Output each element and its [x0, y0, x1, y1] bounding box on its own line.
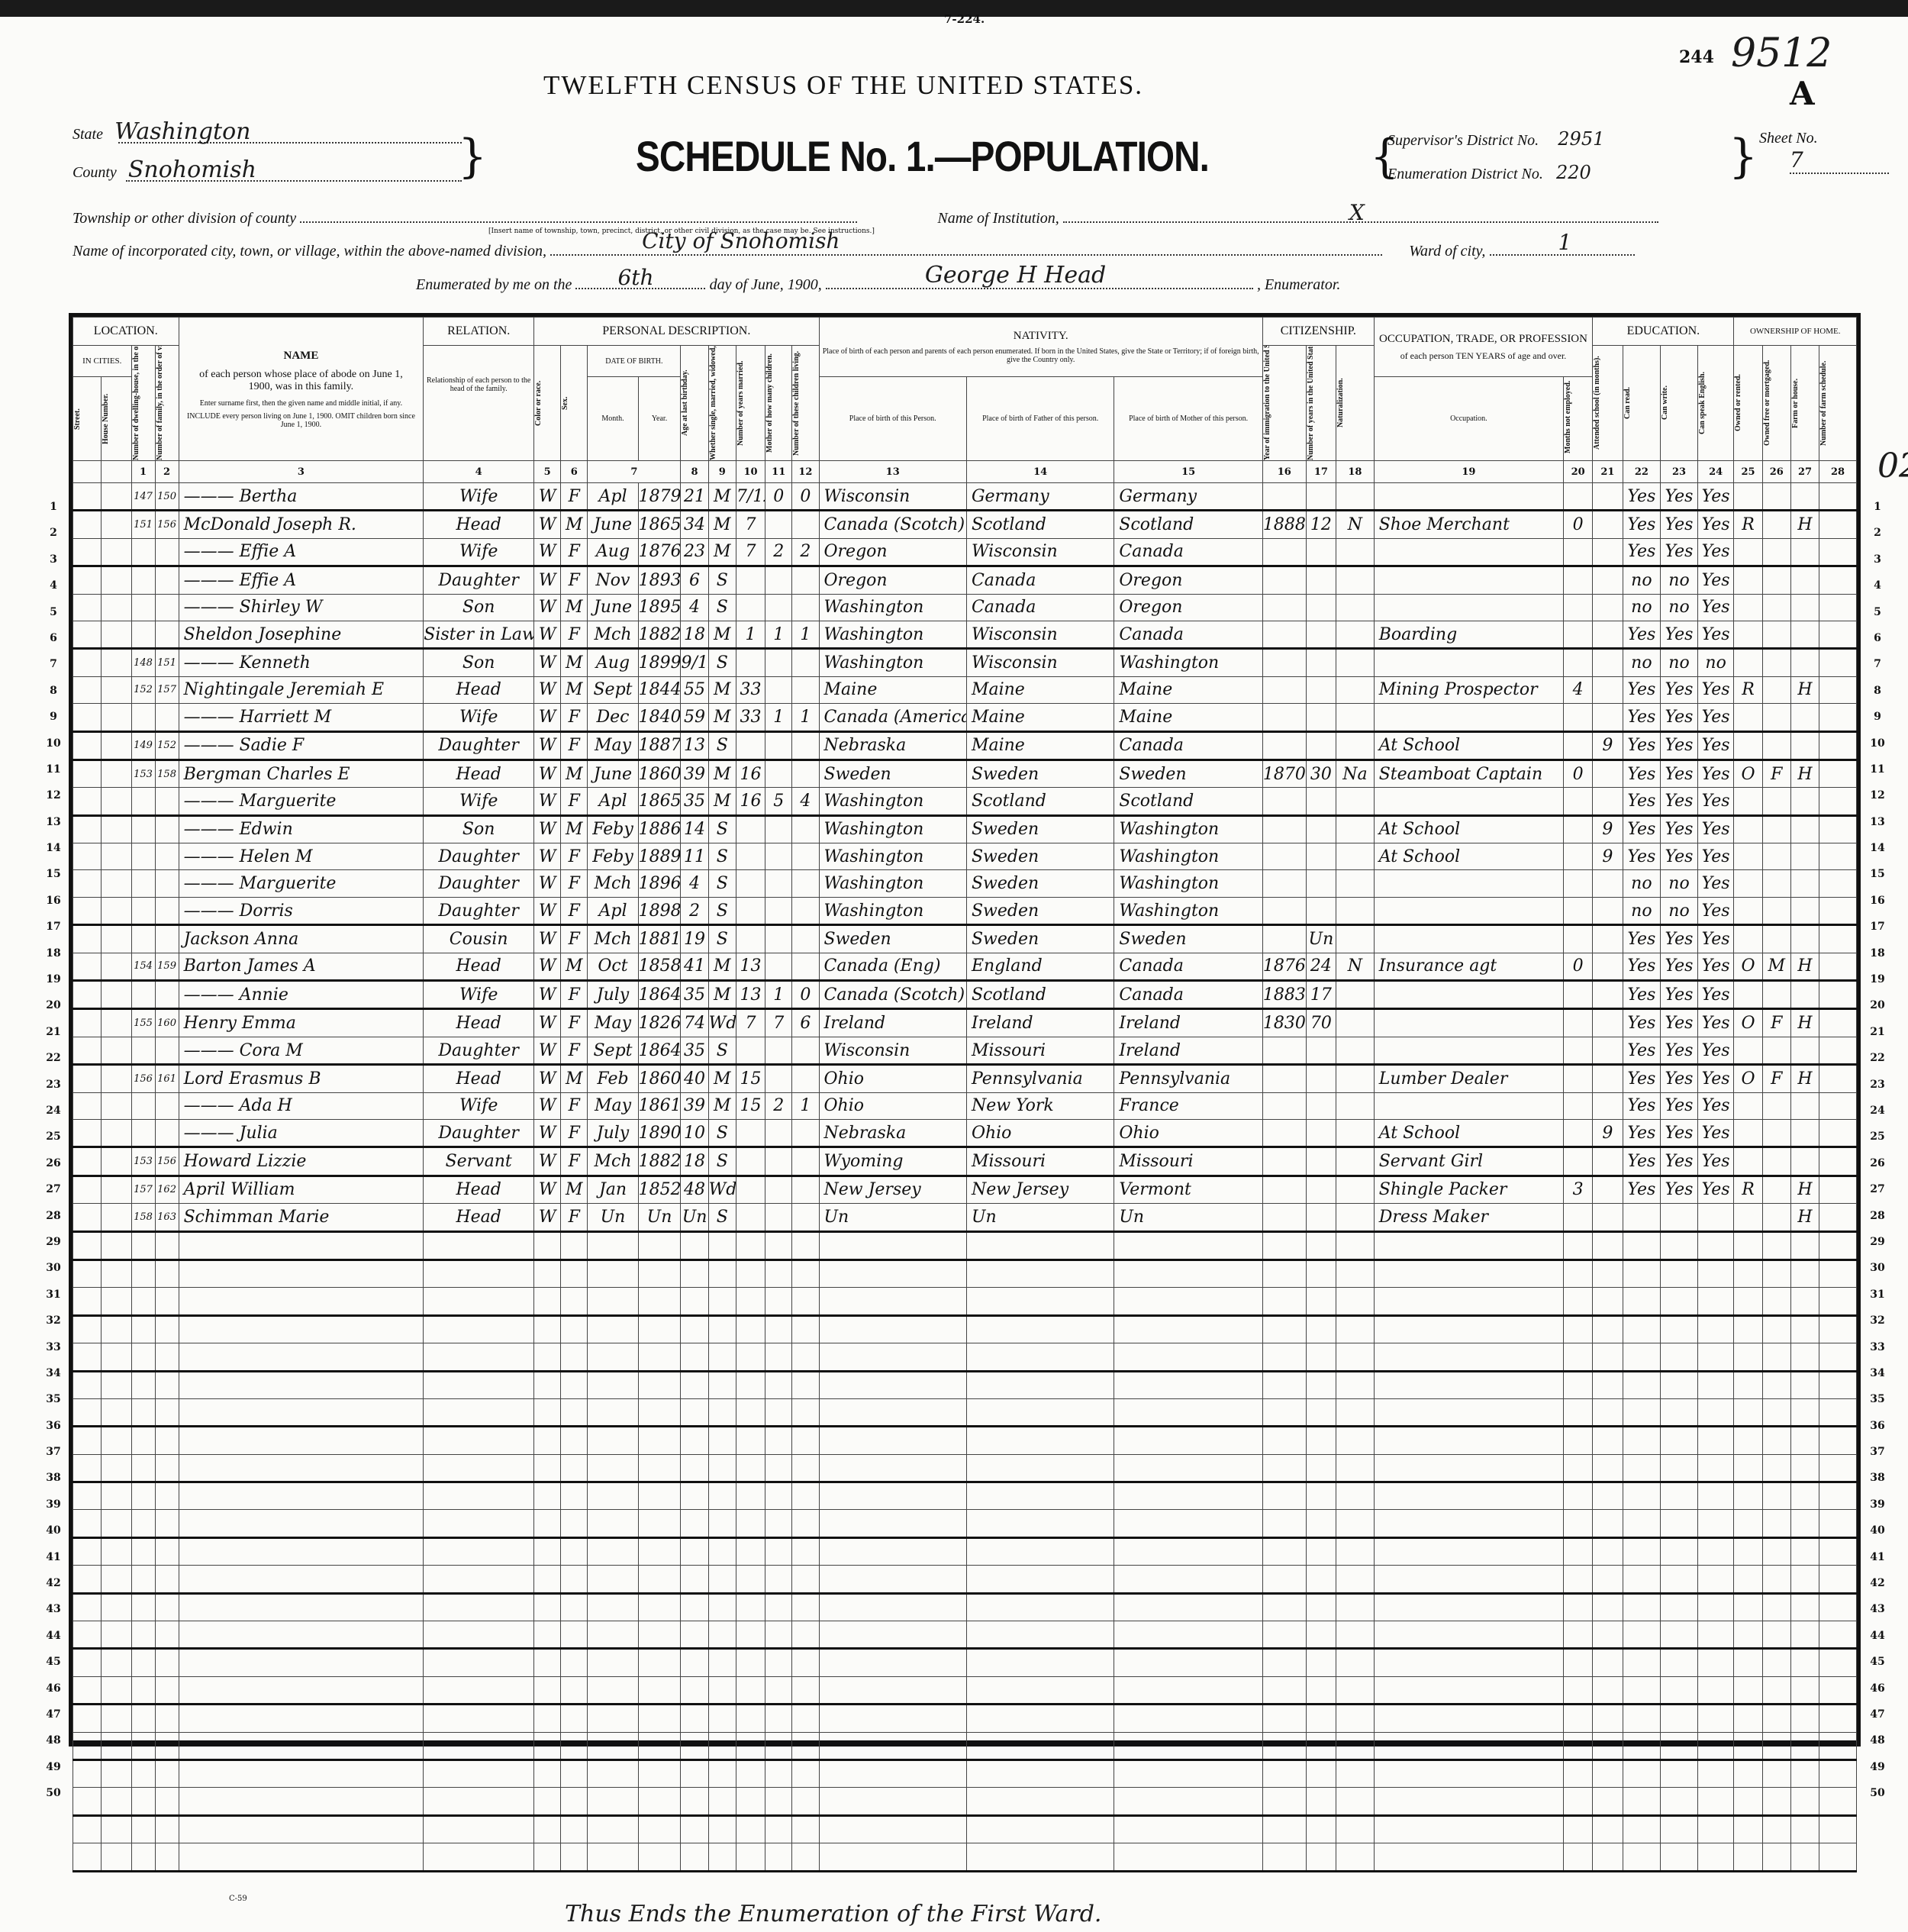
cell-sex: F — [561, 483, 588, 511]
cell-race — [534, 1705, 561, 1732]
cell-dwelling-number — [131, 1231, 155, 1260]
cell-birthplace: New Jersey — [819, 1176, 966, 1203]
cell-person-name: Barton James A — [179, 953, 424, 980]
group-personal-description: PERSONAL DESCRIPTION. — [534, 318, 819, 346]
cell-person-name: ——— Shirley W — [179, 594, 424, 621]
cell-person-name — [179, 1676, 424, 1704]
cell-relation — [424, 1454, 534, 1482]
cell-immigration-year: 1883 — [1262, 981, 1306, 1009]
cell-mother-birthplace — [1114, 1815, 1263, 1843]
empty-table-row — [73, 1454, 1857, 1482]
cell-birthplace: Sweden — [819, 760, 966, 787]
cell-birth-year: 1844 — [638, 676, 681, 703]
cell-owned-rented — [1734, 1566, 1762, 1593]
cell-birth-month: June — [588, 594, 638, 621]
line-number: 32 — [1862, 1308, 1893, 1334]
col-english-label: Can speak English. — [1698, 346, 1707, 460]
line-number: 20 — [40, 992, 67, 1018]
city-value: City of Snohomish — [642, 228, 840, 253]
cell-years-married — [736, 815, 765, 843]
cell-years-married — [736, 594, 765, 621]
line-number: 48 — [1862, 1727, 1893, 1753]
table-row: Jackson AnnaCousinWFMch188119SSwedenSwed… — [73, 925, 1857, 953]
cell-speaks-english: no — [1697, 649, 1734, 676]
cell-age: 35 — [681, 981, 708, 1009]
cell-relation: Wife — [424, 483, 534, 511]
cell-birth-month: Mch — [588, 870, 638, 897]
cell-sex: F — [561, 843, 588, 870]
cell-age — [681, 1482, 708, 1510]
cell-marital-status — [708, 1427, 736, 1454]
empty-table-row — [73, 1315, 1857, 1343]
cell-birthplace — [819, 1593, 966, 1621]
cell-marital-status: S — [708, 815, 736, 843]
cell-marital-status: M — [708, 676, 736, 703]
empty-table-row — [73, 1676, 1857, 1704]
cell-months-unemployed — [1563, 1482, 1592, 1510]
col-owned-label: Owned or rented. — [1734, 346, 1742, 460]
cell-dwelling-number — [131, 1676, 155, 1704]
cell-months-unemployed — [1563, 566, 1592, 594]
cell-years-married: 33 — [736, 676, 765, 703]
cell-children-born — [765, 925, 792, 953]
cell-farm-schedule — [1819, 621, 1857, 648]
cell-family-number — [155, 566, 179, 594]
cell-speaks-english: Yes — [1697, 621, 1734, 648]
cell-house-number — [102, 981, 131, 1009]
cell-family-number — [155, 1593, 179, 1621]
cell-school-months — [1593, 870, 1623, 897]
cell-children-living — [792, 1482, 819, 1510]
cell-farm-schedule — [1819, 483, 1857, 511]
cell-marital-status: M — [708, 704, 736, 731]
cell-sex — [561, 1621, 588, 1649]
cell-birthplace — [819, 1231, 966, 1260]
cell-street — [73, 1343, 102, 1371]
cell-occupation — [1374, 1398, 1563, 1426]
cell-family-number — [155, 870, 179, 897]
cell-birthplace — [819, 1371, 966, 1398]
cell-family-number: 162 — [155, 1176, 179, 1203]
cell-farm-schedule — [1819, 953, 1857, 980]
cell-months-unemployed — [1563, 788, 1592, 815]
cell-family-number — [155, 1119, 179, 1147]
cell-age: 23 — [681, 538, 708, 566]
cell-immigration-year — [1262, 1037, 1306, 1064]
line-number: 35 — [1862, 1386, 1893, 1412]
cell-immigration-year — [1262, 1147, 1306, 1176]
cell-school-months — [1593, 1566, 1623, 1593]
cell-naturalization — [1336, 1147, 1375, 1176]
cell-years-married: 7/12 — [736, 483, 765, 511]
cell-family-number — [155, 1566, 179, 1593]
cell-birth-year — [638, 1649, 681, 1676]
cell-house-number — [102, 1231, 131, 1260]
cell-birthplace: Canada (American) — [819, 704, 966, 731]
table-row: 153156Howard LizzieServantWFMch188218SWy… — [73, 1147, 1857, 1176]
cell-immigration-year — [1262, 1537, 1306, 1565]
name-description: of each person whose place of abode on J… — [187, 369, 416, 393]
line-number: 49 — [1862, 1754, 1893, 1780]
cell-person-name — [179, 1482, 424, 1510]
cell-years-married: 16 — [736, 788, 765, 815]
cell-children-born: 2 — [765, 1092, 792, 1119]
cell-father-birthplace — [966, 1398, 1114, 1426]
cell-farm-schedule — [1819, 1510, 1857, 1537]
cell-birth-month: Un — [588, 1204, 638, 1231]
cell-father-birthplace — [966, 1371, 1114, 1398]
cell-person-name: ——— Annie — [179, 981, 424, 1009]
form-code: C-59 — [229, 1895, 247, 1903]
cell-free-mortgaged — [1762, 1092, 1790, 1119]
cell-person-name: ——— Kenneth — [179, 649, 424, 676]
col-immigration-label: Year of immigration to the United States… — [1263, 346, 1271, 460]
cell-mother-birthplace: Sweden — [1114, 925, 1263, 953]
cell-speaks-english: Yes — [1697, 897, 1734, 924]
cell-school-months — [1593, 1843, 1623, 1871]
name-heading: NAME — [187, 350, 416, 363]
cell-street — [73, 1371, 102, 1398]
cell-dwelling-number — [131, 1288, 155, 1315]
cell-immigration-year — [1262, 1454, 1306, 1482]
cell-farm-schedule — [1819, 511, 1857, 538]
cell-can-write — [1661, 1231, 1698, 1260]
cell-children-living — [792, 1176, 819, 1203]
cell-children-born — [765, 815, 792, 843]
empty-table-row — [73, 1343, 1857, 1371]
cell-years-in-us — [1306, 1676, 1336, 1704]
cell-age: 6 — [681, 566, 708, 594]
cell-person-name — [179, 1815, 424, 1843]
cell-free-mortgaged: F — [1762, 760, 1790, 787]
cell-farm-house — [1790, 925, 1819, 953]
col-dwelling-label: Number of dwelling-house, in the order o… — [132, 346, 140, 460]
cell-immigration-year — [1262, 1593, 1306, 1621]
cell-naturalization — [1336, 1427, 1375, 1454]
cell-years-married — [736, 1119, 765, 1147]
cell-birth-year — [638, 1843, 681, 1871]
cell-children-living: 4 — [792, 788, 819, 815]
cell-person-name: Nightingale Jeremiah E — [179, 676, 424, 703]
enumerated-row: Enumerated by me on the 6th day of June,… — [416, 276, 1340, 294]
cell-occupation: At School — [1374, 815, 1563, 843]
cell-street — [73, 1788, 102, 1815]
cell-free-mortgaged — [1762, 1676, 1790, 1704]
cell-months-unemployed — [1563, 843, 1592, 870]
cell-street — [73, 731, 102, 760]
line-number: 37 — [1862, 1439, 1893, 1465]
cell-months-unemployed — [1563, 1649, 1592, 1676]
cell-occupation: Mining Prospector — [1374, 676, 1563, 703]
cell-age — [681, 1537, 708, 1565]
line-number: 22 — [40, 1045, 67, 1071]
cell-sex: F — [561, 621, 588, 648]
cell-farm-house — [1790, 1732, 1819, 1759]
cell-relation — [424, 1482, 534, 1510]
cell-mother-birthplace — [1114, 1398, 1263, 1426]
cell-sex — [561, 1843, 588, 1871]
cell-marital-status — [708, 1676, 736, 1704]
cell-house-number — [102, 897, 131, 924]
cell-father-birthplace: Canada — [966, 594, 1114, 621]
cell-can-write: Yes — [1661, 843, 1698, 870]
line-number: 47 — [40, 1701, 67, 1727]
cell-race: W — [534, 870, 561, 897]
line-number: 44 — [40, 1623, 67, 1649]
cell-school-months — [1593, 1231, 1623, 1260]
col-mother-of-label: Mother of how many children. — [765, 346, 774, 460]
cell-race: W — [534, 1092, 561, 1119]
cell-age — [681, 1649, 708, 1676]
cell-farm-schedule — [1819, 649, 1857, 676]
col-occupation-label: Occupation. — [1374, 377, 1563, 461]
cell-children-born: 2 — [765, 538, 792, 566]
cell-years-in-us — [1306, 788, 1336, 815]
cell-sex: M — [561, 1065, 588, 1092]
cell-mother-birthplace: Washington — [1114, 815, 1263, 843]
cell-immigration-year — [1262, 1566, 1306, 1593]
cell-speaks-english — [1697, 1676, 1734, 1704]
cell-birthplace: Washington — [819, 870, 966, 897]
cell-speaks-english: Yes — [1697, 1176, 1734, 1203]
cell-children-living — [792, 870, 819, 897]
sheet-number-field: Sheet No. 7 — [1759, 130, 1889, 174]
cell-father-birthplace — [966, 1705, 1114, 1732]
cell-father-birthplace: Wisconsin — [966, 621, 1114, 648]
cell-family-number — [155, 843, 179, 870]
cell-person-name — [179, 1510, 424, 1537]
cell-sex — [561, 1315, 588, 1343]
line-number: 30 — [40, 1255, 67, 1281]
cell-age — [681, 1371, 708, 1398]
cell-free-mortgaged — [1762, 1593, 1790, 1621]
line-number: 1 — [1862, 494, 1893, 520]
cell-family-number: 161 — [155, 1065, 179, 1092]
cell-age: 9/12 — [681, 649, 708, 676]
cell-owned-rented — [1734, 566, 1762, 594]
cell-age: 39 — [681, 760, 708, 787]
cell-house-number — [102, 483, 131, 511]
cell-relation — [424, 1288, 534, 1315]
cell-months-unemployed: 0 — [1563, 953, 1592, 980]
cell-occupation: Dress Maker — [1374, 1204, 1563, 1231]
cell-immigration-year — [1262, 925, 1306, 953]
cell-children-living — [792, 676, 819, 703]
cell-birthplace — [819, 1843, 966, 1871]
cell-dwelling-number — [131, 1454, 155, 1482]
cell-family-number — [155, 594, 179, 621]
cell-children-living — [792, 1065, 819, 1092]
cell-can-write — [1661, 1371, 1698, 1398]
cell-immigration-year — [1262, 1649, 1306, 1676]
cell-occupation: At School — [1374, 731, 1563, 760]
cell-years-married: 7 — [736, 538, 765, 566]
cell-school-months — [1593, 1092, 1623, 1119]
cell-free-mortgaged — [1762, 1371, 1790, 1398]
cell-relation — [424, 1260, 534, 1287]
cell-years-married — [736, 897, 765, 924]
cell-farm-house — [1790, 1343, 1819, 1371]
cell-can-write: Yes — [1661, 704, 1698, 731]
cell-birth-month — [588, 1676, 638, 1704]
cell-years-in-us — [1306, 1398, 1336, 1426]
cell-owned-rented — [1734, 1260, 1762, 1287]
cell-person-name — [179, 1537, 424, 1565]
census-title: TWELFTH CENSUS OF THE UNITED STATES. — [543, 70, 1143, 101]
line-number: 34 — [1862, 1360, 1893, 1386]
cell-sex: M — [561, 1176, 588, 1203]
cell-immigration-year — [1262, 1815, 1306, 1843]
cell-months-unemployed: 0 — [1563, 511, 1592, 538]
table-row: ——— DorrisDaughterWFApl18982SWashingtonS… — [73, 897, 1857, 924]
cell-street — [73, 870, 102, 897]
cell-house-number — [102, 511, 131, 538]
cell-race — [534, 1454, 561, 1482]
cell-father-birthplace: New Jersey — [966, 1176, 1114, 1203]
cell-farm-schedule — [1819, 1315, 1857, 1343]
cell-children-living — [792, 649, 819, 676]
cell-house-number — [102, 925, 131, 953]
cell-mother-birthplace: Missouri — [1114, 1147, 1263, 1176]
cell-school-months — [1593, 1788, 1623, 1815]
cell-birth-month — [588, 1537, 638, 1565]
cell-farm-schedule — [1819, 731, 1857, 760]
cell-birthplace: Washington — [819, 843, 966, 870]
col-farm-schedule-label: Number of farm schedule. — [1819, 346, 1828, 460]
cell-occupation — [1374, 1593, 1563, 1621]
cell-immigration-year — [1262, 1676, 1306, 1704]
cell-birth-year: 1864 — [638, 981, 681, 1009]
cell-years-in-us — [1306, 676, 1336, 703]
cell-age — [681, 1231, 708, 1260]
cell-birth-year — [638, 1315, 681, 1343]
cell-occupation: Servant Girl — [1374, 1147, 1563, 1176]
cell-free-mortgaged — [1762, 897, 1790, 924]
cell-sex: F — [561, 1204, 588, 1231]
cell-years-married — [736, 1815, 765, 1843]
cell-birthplace: Maine — [819, 676, 966, 703]
col-naturalization-label: Naturalization. — [1336, 346, 1345, 460]
cell-birth-year: 1865 — [638, 511, 681, 538]
col-num: 25 — [1734, 461, 1762, 483]
cell-free-mortgaged — [1762, 1537, 1790, 1565]
cell-family-number — [155, 1705, 179, 1732]
table-row: 156161Lord Erasmus BHeadWMFeb186040M15Oh… — [73, 1065, 1857, 1092]
cell-years-married — [736, 1288, 765, 1315]
cell-birth-month: Nov — [588, 566, 638, 594]
cell-owned-rented — [1734, 843, 1762, 870]
cell-street — [73, 621, 102, 648]
cell-years-married — [736, 1676, 765, 1704]
cell-dwelling-number: 148 — [131, 649, 155, 676]
cell-farm-house — [1790, 731, 1819, 760]
cell-dwelling-number: 154 — [131, 953, 155, 980]
cell-dwelling-number: 156 — [131, 1065, 155, 1092]
cell-immigration-year — [1262, 897, 1306, 924]
occupation-description: of each person TEN YEARS of age and over… — [1378, 350, 1590, 362]
cell-dwelling-number — [131, 870, 155, 897]
cell-school-months — [1593, 1371, 1623, 1398]
col-num: 5 — [534, 461, 561, 483]
cell-farm-house — [1790, 594, 1819, 621]
cell-street — [73, 1176, 102, 1203]
cell-sex: F — [561, 538, 588, 566]
cell-mother-birthplace: Oregon — [1114, 594, 1263, 621]
cell-school-months — [1593, 1315, 1623, 1343]
cell-sex — [561, 1788, 588, 1815]
cell-months-unemployed — [1563, 925, 1592, 953]
cell-age — [681, 1621, 708, 1649]
cell-race — [534, 1649, 561, 1676]
cell-farm-house — [1790, 1288, 1819, 1315]
cell-naturalization — [1336, 1398, 1375, 1426]
cell-marital-status — [708, 1260, 736, 1287]
cell-relation: Wife — [424, 981, 534, 1009]
cell-marital-status — [708, 1288, 736, 1315]
cell-children-born — [765, 1676, 792, 1704]
cell-school-months — [1593, 1147, 1623, 1176]
cell-person-name: ——— Effie A — [179, 566, 424, 594]
cell-relation: Daughter — [424, 566, 534, 594]
cell-months-unemployed: 4 — [1563, 676, 1592, 703]
cell-birth-year — [638, 1732, 681, 1759]
cell-can-write — [1661, 1482, 1698, 1510]
cell-occupation — [1374, 1649, 1563, 1676]
cell-school-months — [1593, 1065, 1623, 1092]
cell-owned-rented — [1734, 1454, 1762, 1482]
cell-person-name: ——— Cora M — [179, 1037, 424, 1064]
cell-farm-schedule — [1819, 1037, 1857, 1064]
cell-children-born — [765, 1371, 792, 1398]
cell-birthplace: Canada (Eng) — [819, 953, 966, 980]
cell-mother-birthplace — [1114, 1231, 1263, 1260]
cell-marital-status — [708, 1566, 736, 1593]
cell-years-in-us — [1306, 704, 1336, 731]
cell-can-read: Yes — [1623, 1147, 1661, 1176]
cell-can-write — [1661, 1343, 1698, 1371]
cell-farm-house — [1790, 538, 1819, 566]
group-citizenship: CITIZENSHIP. — [1262, 318, 1374, 346]
cell-children-born — [765, 676, 792, 703]
cell-dwelling-number — [131, 1427, 155, 1454]
cell-race: W — [534, 538, 561, 566]
cell-farm-schedule — [1819, 815, 1857, 843]
cell-person-name: ——— Marguerite — [179, 870, 424, 897]
cell-occupation — [1374, 788, 1563, 815]
cell-can-write: no — [1661, 649, 1698, 676]
cell-school-months — [1593, 511, 1623, 538]
cell-sex — [561, 1343, 588, 1371]
cell-birth-year — [638, 1288, 681, 1315]
cell-relation: Servant — [424, 1147, 534, 1176]
cell-years-in-us — [1306, 621, 1336, 648]
cell-birth-month — [588, 1843, 638, 1871]
county-value: Snohomish — [128, 156, 256, 183]
line-number: 45 — [40, 1649, 67, 1675]
line-number: 2 — [1862, 520, 1893, 546]
cell-naturalization — [1336, 1649, 1375, 1676]
cell-relation — [424, 1732, 534, 1759]
nativity-heading: NATIVITY. — [823, 330, 1259, 343]
cell-years-in-us: 17 — [1306, 981, 1336, 1009]
cell-school-months — [1593, 1676, 1623, 1704]
line-number: 6 — [40, 625, 67, 651]
cell-age — [681, 1315, 708, 1343]
cell-race — [534, 1593, 561, 1621]
cell-speaks-english — [1697, 1537, 1734, 1565]
cell-children-born: 1 — [765, 704, 792, 731]
cell-immigration-year — [1262, 1371, 1306, 1398]
